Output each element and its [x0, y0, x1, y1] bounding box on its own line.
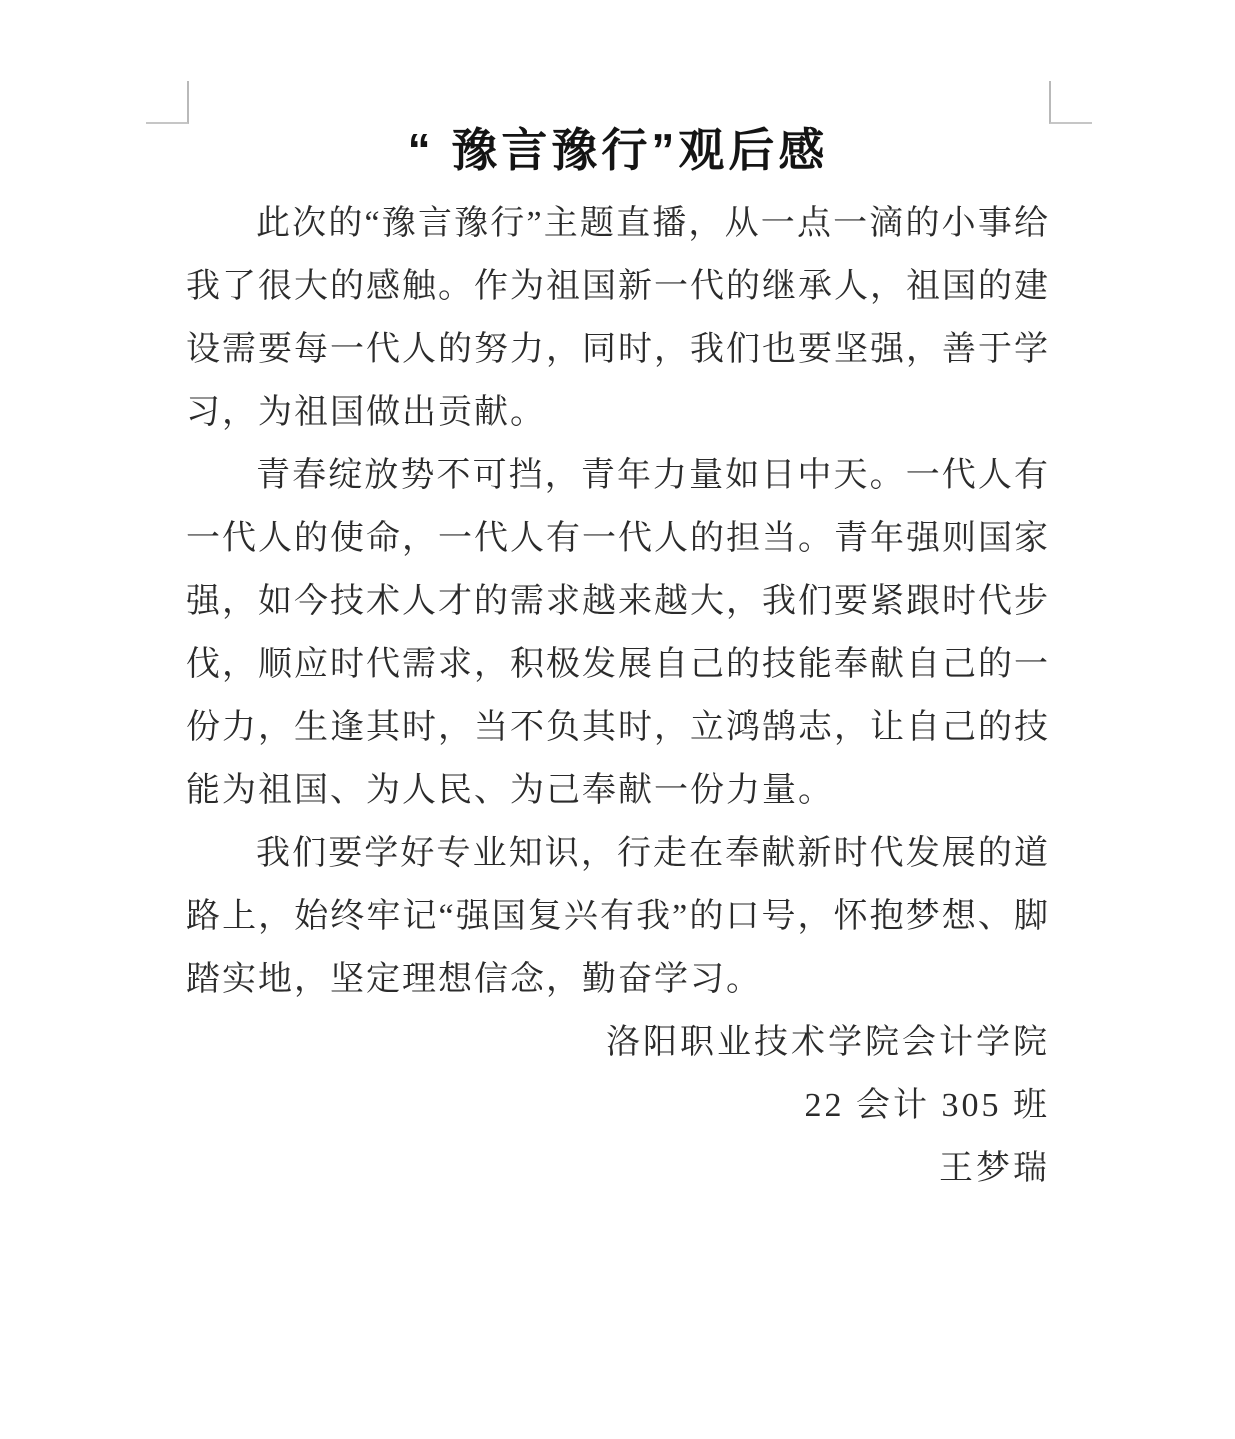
- text-boundary-mark-top-left: [146, 81, 189, 124]
- signature-block: 洛阳职业技术学院会计学院 22 会计 305 班 王梦瑞: [186, 1011, 1050, 1200]
- paragraph-3: 我们要学好专业知识，行走在奉献新时代发展的道路上，始终牢记“强国复兴有我”的口号…: [186, 822, 1050, 1011]
- signature-name: 王梦瑞: [186, 1137, 1050, 1200]
- document-page: “ 豫言豫行”观后感 此次的“豫言豫行”主题直播，从一点一滴的小事给我了很大的感…: [0, 0, 1235, 1439]
- paragraph-1: 此次的“豫言豫行”主题直播，从一点一滴的小事给我了很大的感触。作为祖国新一代的继…: [186, 192, 1050, 444]
- signature-class: 22 会计 305 班: [186, 1074, 1050, 1137]
- essay-text: 此次的“豫言豫行”主题直播，从一点一滴的小事给我了很大的感触。作为祖国新一代的继…: [186, 192, 1050, 1011]
- paragraph-2: 青春绽放势不可挡，青年力量如日中天。一代人有一代人的使命，一代人有一代人的担当。…: [186, 444, 1050, 822]
- document-title: “ 豫言豫行”观后感: [186, 118, 1050, 182]
- document-body: “ 豫言豫行”观后感 此次的“豫言豫行”主题直播，从一点一滴的小事给我了很大的感…: [186, 118, 1050, 1200]
- text-boundary-mark-top-right: [1049, 81, 1092, 124]
- signature-affiliation: 洛阳职业技术学院会计学院: [186, 1011, 1050, 1074]
